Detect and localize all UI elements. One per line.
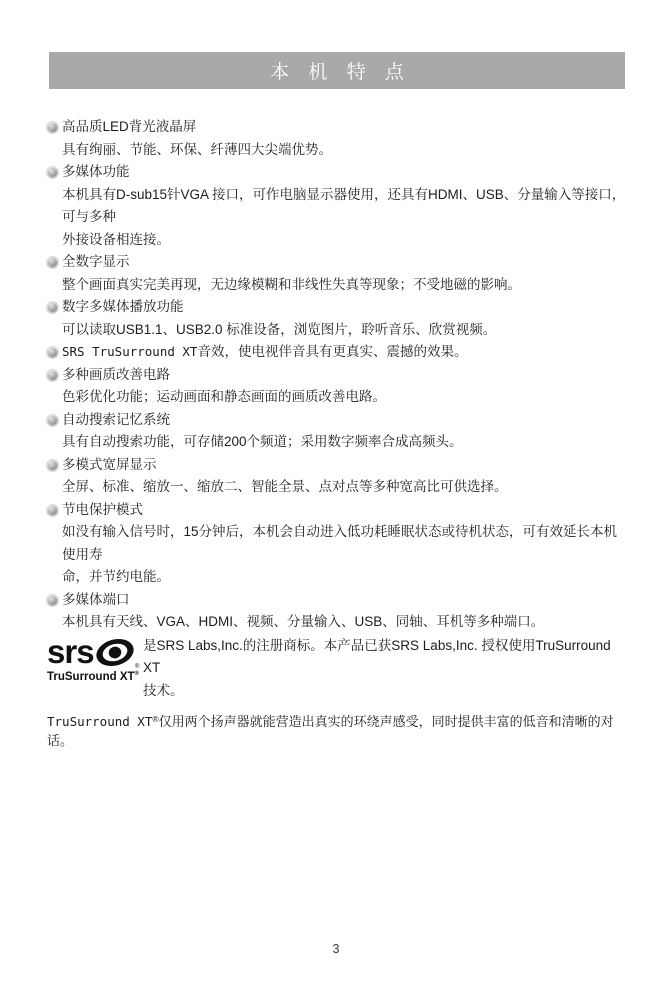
feature-desc-line: 全屏、标准、缩放一、缩放二、智能全景、点对点等多种宽高比可供选择。 xyxy=(47,476,627,499)
srs-statement-line: 技术。 xyxy=(143,680,627,703)
feature-item: 高品质LED背光液晶屏 具有绚丽、节能、环保、纤薄四大尖端优势。 xyxy=(47,116,627,161)
feature-item: 多模式宽屏显示 全屏、标准、缩放一、缩放二、智能全景、点对点等多种宽高比可供选择… xyxy=(47,454,627,499)
feature-item: 多媒体端口 本机具有天线、VGA、HDMI、视频、分量输入、USB、同轴、耳机等… xyxy=(47,589,627,634)
bullet-sphere-icon xyxy=(47,460,58,471)
feature-title: 节电保护模式 xyxy=(47,499,627,522)
feature-desc-line: 具有自动搜索功能，可存储200个频道；采用数字频率合成高频头。 xyxy=(47,431,627,454)
bullet-sphere-icon xyxy=(47,167,58,178)
feature-item: 全数字显示 整个画面真实完美再现，无边缘模糊和非线性失真等现象；不受地磁的影响。 xyxy=(47,251,627,296)
srs-statement-line: 是SRS Labs,Inc.的注册商标。本产品已获SRS Labs,Inc. 授… xyxy=(143,635,627,680)
srs-logo-top: srs ® xyxy=(47,636,143,669)
srs-logo: srs ® TruSurround XT® xyxy=(47,636,143,703)
registered-mark-icon: ® xyxy=(135,664,139,670)
feature-title: SRS TruSurround XT音效，使电视伴音具有更真实、震撼的效果。 xyxy=(47,341,627,364)
feature-desc-line: 如没有输入信号时，15分钟后，本机会自动进入低功耗睡眠状态或待机状态，可有效延长… xyxy=(47,521,627,566)
bullet-sphere-icon xyxy=(47,415,58,426)
registered-mark-icon: ® xyxy=(135,671,139,677)
page-number: 3 xyxy=(0,942,672,956)
srs-wordmark: srs xyxy=(47,637,94,667)
feature-desc-line: 外接设备相连接。 xyxy=(47,229,627,252)
feature-title-text: 数字多媒体播放功能 xyxy=(62,299,184,314)
srs-statement: 是SRS Labs,Inc.的注册商标。本产品已获SRS Labs,Inc. 授… xyxy=(143,635,627,703)
page-title: 本 机 特 点 xyxy=(263,57,411,84)
feature-desc-line: 具有绚丽、节能、环保、纤薄四大尖端优势。 xyxy=(47,139,627,162)
bullet-sphere-icon xyxy=(47,302,58,313)
feature-title: 高品质LED背光液晶屏 xyxy=(47,116,627,139)
feature-list: 高品质LED背光液晶屏 具有绚丽、节能、环保、纤薄四大尖端优势。 多媒体功能 本… xyxy=(47,116,627,750)
feature-title-text: 自动搜索记忆系统 xyxy=(62,412,170,427)
feature-item: 多种画质改善电路 色彩优化功能；运动画面和静态画面的画质改善电路。 xyxy=(47,364,627,409)
feature-desc-line: 本机具有D-sub15针VGA 接口，可作电脑显示器使用，还具有HDMI、USB… xyxy=(47,184,627,229)
feature-desc-line: 本机具有天线、VGA、HDMI、视频、分量输入、USB、同轴、耳机等多种端口。 xyxy=(47,611,627,634)
srs-logo-sublabel: TruSurround XT® xyxy=(47,668,143,683)
feature-item: 多媒体功能 本机具有D-sub15针VGA 接口，可作电脑显示器使用，还具有HD… xyxy=(47,161,627,251)
feature-title: 多媒体端口 xyxy=(47,589,627,612)
feature-title: 自动搜索记忆系统 xyxy=(47,409,627,432)
feature-title: 数字多媒体播放功能 xyxy=(47,296,627,319)
feature-title-text: 多模式宽屏显示 xyxy=(62,457,157,472)
bullet-sphere-icon xyxy=(47,505,58,516)
feature-title-text: 高品质LED背光液晶屏 xyxy=(62,119,196,134)
bullet-sphere-icon xyxy=(47,122,58,133)
feature-item: 数字多媒体播放功能 可以读取USB1.1、USB2.0 标准设备，浏览图片，聆听… xyxy=(47,296,627,341)
feature-title-text: 多媒体端口 xyxy=(62,592,130,607)
srs-trademark-block: srs ® TruSurround XT® 是SRS Labs,Inc.的注册商… xyxy=(47,635,627,703)
bullet-sphere-icon xyxy=(47,257,58,268)
feature-title-text: 多媒体功能 xyxy=(62,164,130,179)
manual-page: 本 机 特 点 高品质LED背光液晶屏 具有绚丽、节能、环保、纤薄四大尖端优势。… xyxy=(0,0,672,992)
feature-title-text: 全数字显示 xyxy=(62,254,130,269)
bullet-sphere-icon xyxy=(47,595,58,606)
feature-title-latin: SRS TruSurround XT xyxy=(62,344,197,359)
feature-item: 节电保护模式 如没有输入信号时，15分钟后，本机会自动进入低功耗睡眠状态或待机状… xyxy=(47,499,627,589)
bullet-sphere-icon xyxy=(47,370,58,381)
feature-title: 多种画质改善电路 xyxy=(47,364,627,387)
feature-title-text: 节电保护模式 xyxy=(62,502,143,517)
feature-title: 多媒体功能 xyxy=(47,161,627,184)
feature-title: 多模式宽屏显示 xyxy=(47,454,627,477)
feature-desc-line: 色彩优化功能；运动画面和静态画面的画质改善电路。 xyxy=(47,386,627,409)
feature-title-text: 多种画质改善电路 xyxy=(62,367,170,382)
feature-desc-line: 命，并节约电能。 xyxy=(47,566,627,589)
section-header-bar: 本 机 特 点 xyxy=(49,52,625,89)
srs-eye-icon xyxy=(95,636,135,669)
bullet-sphere-icon xyxy=(47,347,58,358)
feature-title: 全数字显示 xyxy=(47,251,627,274)
feature-desc-line: 整个画面真实完美再现，无边缘模糊和非线性失真等现象；不受地磁的影响。 xyxy=(47,274,627,297)
feature-desc-line: 可以读取USB1.1、USB2.0 标准设备，浏览图片，聆听音乐、欣赏视频。 xyxy=(47,319,627,342)
feature-title-text: 音效，使电视伴音具有更真实、震撼的效果。 xyxy=(197,344,467,359)
feature-item: 自动搜索记忆系统 具有自动搜索功能，可存储200个频道；采用数字频率合成高频头。 xyxy=(47,409,627,454)
trusurround-footnote: TruSurround XT®仅用两个扬声器就能营造出真实的环绕声感受，同时提供… xyxy=(47,710,627,750)
footnote-brand: TruSurround XT xyxy=(47,714,152,729)
feature-item: SRS TruSurround XT音效，使电视伴音具有更真实、震撼的效果。 xyxy=(47,341,627,364)
